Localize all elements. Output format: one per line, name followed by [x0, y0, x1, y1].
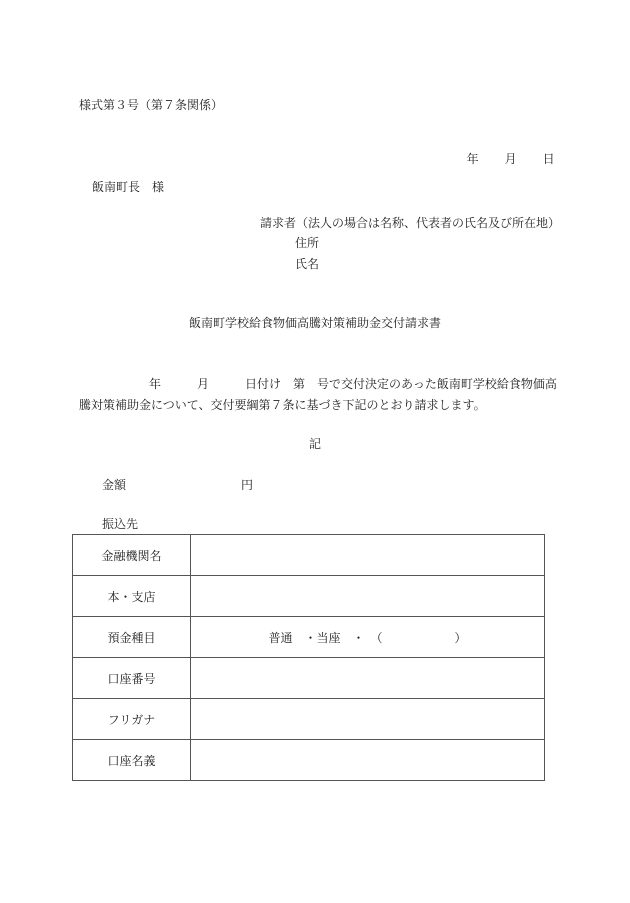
- table-row: 口座名義: [73, 740, 545, 781]
- branch-field[interactable]: [191, 576, 545, 617]
- applicant-address-label: 住所: [295, 236, 319, 250]
- date-line: 年月日: [459, 138, 555, 166]
- amount-label: 金額: [102, 478, 126, 492]
- transfer-destination-label: 振込先: [102, 517, 138, 531]
- body-text-line-2: 騰対策補助金について、交付要綱第７条に基づき下記のとおり請求します。: [79, 398, 486, 412]
- date-month-label: 月: [505, 152, 517, 166]
- applicant-heading: 請求者（法人の場合は名称、代表者の氏名及び所在地）: [260, 216, 560, 230]
- furigana-field[interactable]: [191, 699, 545, 740]
- bank-name-label: 金融機関名: [73, 535, 191, 576]
- amount-unit: 円: [241, 478, 253, 492]
- deposit-type-field[interactable]: 普通 ・当座 ・ （ ）: [191, 617, 545, 658]
- form-number: 様式第３号（第７条関係）: [79, 98, 223, 112]
- account-number-label: 口座番号: [73, 658, 191, 699]
- body-text-line-1: 年 月 日付け 第 号で交付決定のあった飯南町学校給食物価高: [149, 377, 557, 391]
- applicant-name-label: 氏名: [295, 257, 319, 271]
- document-title: 飯南町学校給食物価高騰対策補助金交付請求書: [0, 316, 630, 330]
- table-row: フリガナ: [73, 699, 545, 740]
- table-row: 口座番号: [73, 658, 545, 699]
- addressee: 飯南町長 様: [92, 180, 164, 194]
- account-number-field[interactable]: [191, 658, 545, 699]
- bank-account-table: 金融機関名 本・支店 預金種目 普通 ・当座 ・ （ ） 口座番号 フリガナ 口…: [72, 534, 545, 781]
- bank-name-field[interactable]: [191, 535, 545, 576]
- table-row: 本・支店: [73, 576, 545, 617]
- table-row: 金融機関名: [73, 535, 545, 576]
- account-holder-field[interactable]: [191, 740, 545, 781]
- furigana-label: フリガナ: [73, 699, 191, 740]
- ki-heading: 記: [0, 437, 630, 451]
- date-day-label: 日: [543, 152, 555, 166]
- date-year-label: 年: [467, 152, 479, 166]
- branch-label: 本・支店: [73, 576, 191, 617]
- deposit-type-label: 預金種目: [73, 617, 191, 658]
- table-row: 預金種目 普通 ・当座 ・ （ ）: [73, 617, 545, 658]
- account-holder-label: 口座名義: [73, 740, 191, 781]
